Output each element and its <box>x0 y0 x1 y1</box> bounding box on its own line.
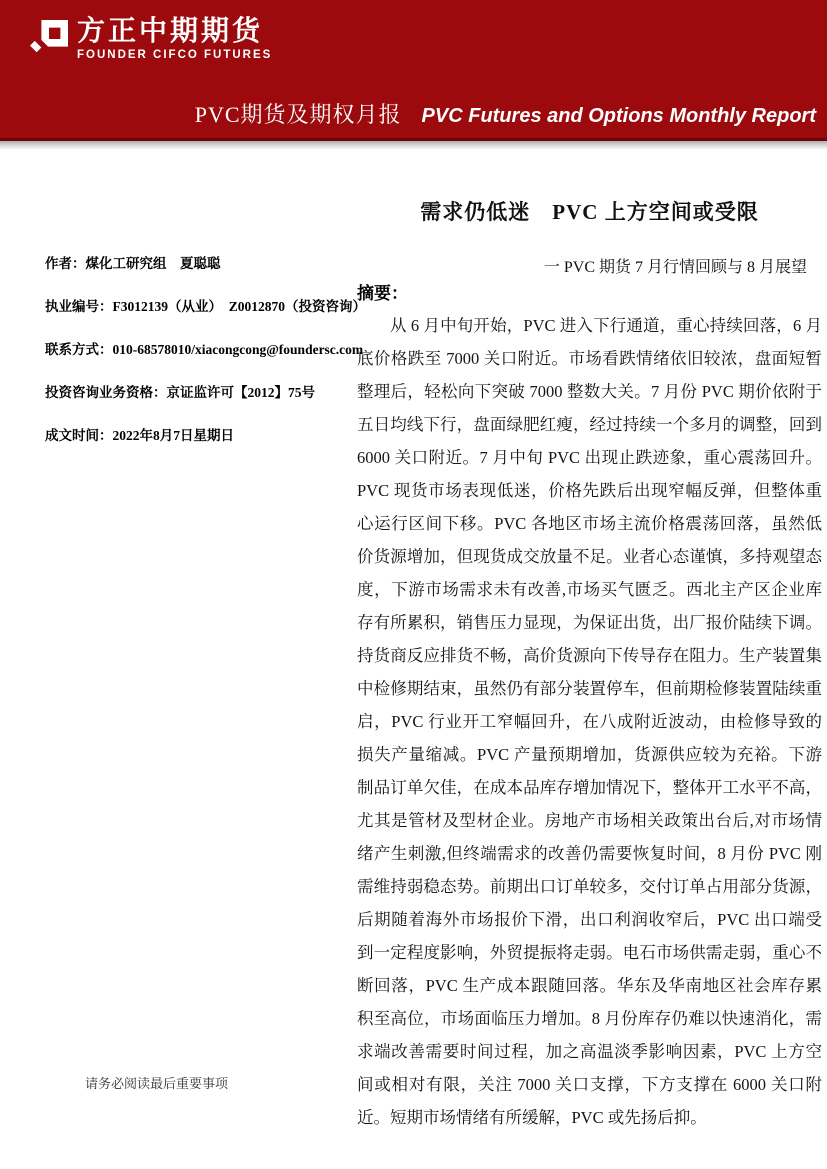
meta-line-contact: 联系方式：010-68578010/xiacongcong@foundersc.… <box>45 342 360 357</box>
meta-line-author: 作者：煤化工研究组 夏聪聪 <box>45 256 360 271</box>
page-footer-notice: 请务必阅读最后重要事项 <box>85 1073 228 1092</box>
masthead-report-type: PVC期货及期权月报 PVC Futures and Options Month… <box>195 98 816 129</box>
meta-line-qualification: 投资咨询业务资格：京证监许可【2012】75号 <box>45 385 360 400</box>
brand-name-en: FOUNDER CIFCO FUTURES <box>77 49 272 62</box>
report-page: 方正中期期货 FOUNDER CIFCO FUTURES PVC期货及期权月报 … <box>0 0 827 1169</box>
brand-name-cn: 方正中期期货 <box>77 16 272 46</box>
founder-logo-icon <box>30 19 68 59</box>
masthead-shadow-divider <box>0 141 827 150</box>
masthead: 方正中期期货 FOUNDER CIFCO FUTURES PVC期货及期权月报 … <box>0 0 827 141</box>
report-meta: 作者：煤化工研究组 夏聪聪 执业编号：F3012139（从业） Z0012870… <box>45 256 360 471</box>
masthead-title-en: PVC Futures and Options Monthly Report <box>422 105 816 127</box>
abstract-body: 从 6 月中旬开始，PVC 进入下行通道，重心持续回落，6 月底价格跌至 700… <box>357 309 822 1134</box>
masthead-title-cn: PVC期货及期权月报 <box>195 102 402 127</box>
report-subtitle: 一 PVC 期货 7 月行情回顾与 8 月展望 <box>357 254 807 277</box>
brand: 方正中期期货 FOUNDER CIFCO FUTURES <box>30 16 272 62</box>
abstract-label: 摘要： <box>357 284 822 304</box>
meta-line-date: 成文时间：2022年8月7日星期日 <box>45 428 360 443</box>
meta-line-license-no: 执业编号：F3012139（从业） Z0012870（投资咨询） <box>45 299 360 314</box>
report-title: 需求仍低迷 PVC 上方空间或受限 <box>357 196 822 226</box>
abstract-section: 摘要： 从 6 月中旬开始，PVC 进入下行通道，重心持续回落，6 月底价格跌至… <box>357 284 822 1134</box>
brand-text: 方正中期期货 FOUNDER CIFCO FUTURES <box>77 16 272 62</box>
